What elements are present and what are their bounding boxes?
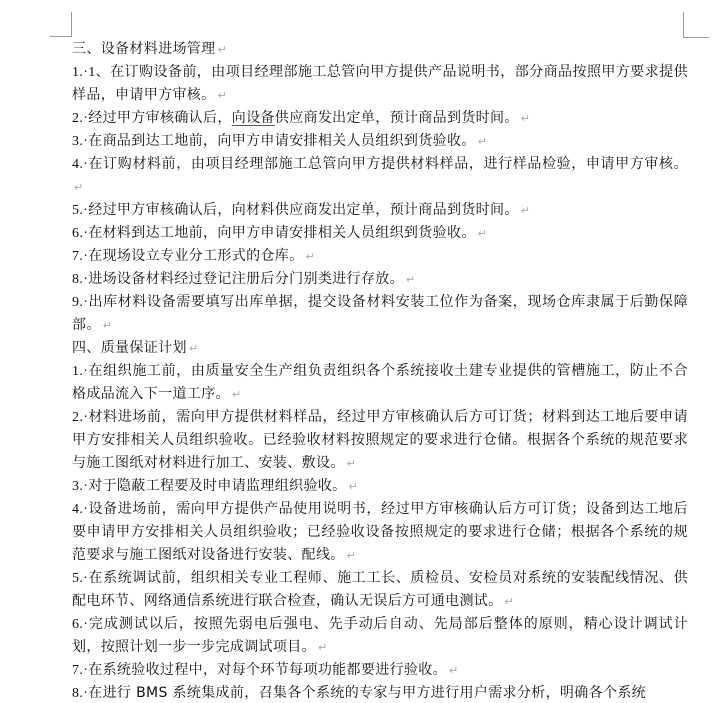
list-item: 5.·在系统调试前，组织相关专业工程师、施工工长、质检员、安检员对系统的安装配线… xyxy=(72,567,688,613)
paragraph-mark-icon: ↵ xyxy=(521,112,531,125)
item-text: 在进行 BMS 系统集成前，召集各个系统的专家与甲方进行用户需求分析，明确各个系… xyxy=(88,685,646,701)
paragraph-mark-icon: ↵ xyxy=(74,181,84,194)
paragraph-mark-icon: ↵ xyxy=(347,457,357,470)
item-text: 在组织施工前，由质量安全生产组负责组织各个系统接收土建专业提供的管槽施工，防止不… xyxy=(72,363,688,402)
paragraph-mark-icon: ↵ xyxy=(478,135,488,148)
paragraph-mark-icon: ↵ xyxy=(505,595,515,608)
item-number: 3.· xyxy=(72,134,88,149)
paragraph-mark-icon: ↵ xyxy=(406,273,416,286)
item-number: 8.· xyxy=(72,272,88,287)
item-number: 9.· xyxy=(72,295,88,310)
item-number: 2.· xyxy=(72,410,88,425)
item-number: 7.· xyxy=(72,663,88,678)
page-corner-mark-left xyxy=(50,12,72,37)
list-item: 5.·经过甲方审核确认后，向材料供应商发出定单，预计商品到货时间。↵ xyxy=(72,199,688,222)
item-text: 、在订购设备前，由项目经理部施工总管向甲方提供产品说明书，部分商品按照甲方要求提… xyxy=(72,64,688,103)
paragraph-mark-icon: ↵ xyxy=(318,641,328,654)
item-text-prefix: 经过甲方审核确认后， xyxy=(88,110,232,126)
spellcheck-underlined-text[interactable]: 向设备 xyxy=(232,110,275,126)
item-number: 5.· xyxy=(72,571,88,586)
list-item: 8.·进场设备材料经过登记注册后分门别类进行存放。↵ xyxy=(72,268,688,291)
list-item: 7.·在系统验收过程中，对每个环节每项功能都要进行验收。↵ xyxy=(72,659,688,682)
item-text: 经过甲方审核确认后，向材料供应商发出定单，预计商品到货时间。 xyxy=(88,202,519,218)
paragraph-mark-icon: ↵ xyxy=(218,89,228,102)
item-text: 在订购材料前，由项目经理部施工总管向甲方提供材料样品，进行样品检验，申请甲方审核… xyxy=(88,156,688,172)
paragraph-mark-icon: ↵ xyxy=(349,480,359,493)
page-corner-mark-right xyxy=(683,12,709,38)
paragraph-mark-icon: ↵ xyxy=(521,204,531,217)
list-item: 1.·1、在订购设备前，由项目经理部施工总管向甲方提供产品说明书，部分商品按照甲… xyxy=(72,61,688,107)
item-text: 供应商发出定单，预计商品到货时间。 xyxy=(275,110,519,126)
item-number: 1.·1 xyxy=(72,65,96,80)
document-page: 三、设备材料进场管理↵ 1.·1、在订购设备前，由项目经理部施工总管向甲方提供产… xyxy=(72,38,688,703)
item-text: 在现场设立专业分工形式的仓库。 xyxy=(88,248,303,264)
section-heading: 四、质量保证计划↵ xyxy=(72,337,688,360)
heading-text: 四、质量保证计划 xyxy=(72,340,187,356)
paragraph-mark-icon: ↵ xyxy=(347,549,357,562)
item-number: 2.· xyxy=(72,111,88,126)
item-number: 4.· xyxy=(72,502,88,517)
item-text: 对于隐蔽工程要及时申请监理组织验收。 xyxy=(88,478,346,494)
item-text: 出库材料设备需要填写出库单据，提交设备材料安装工位作为备案，现场仓库隶属于后勤保… xyxy=(72,294,688,333)
list-item: 2.·材料进场前，需向甲方提供材料样品，经过甲方审核确认后方可订货；材料到达工地… xyxy=(72,406,688,475)
item-text: 在材料到达工地前，向甲方申请安排相关人员组织到货验收。 xyxy=(88,225,475,241)
item-number: 4.· xyxy=(72,157,88,172)
item-number: 7.· xyxy=(72,249,88,264)
item-text: 完成测试以后，按照先弱电后强电、先手动后自动、先局部后整体的原则，精心设计调试计… xyxy=(72,616,688,655)
list-item: 6.·在材料到达工地前，向甲方申请安排相关人员组织到货验收。↵ xyxy=(72,222,688,245)
item-text: 进场设备材料经过登记注册后分门别类进行存放。 xyxy=(88,271,404,287)
item-text: 在系统调试前，组织相关专业工程师、施工工长、质检员、安检员对系统的安装配线情况、… xyxy=(72,570,688,609)
item-number: 8.· xyxy=(72,686,88,701)
list-item: 7.·在现场设立专业分工形式的仓库。↵ xyxy=(72,245,688,268)
section-heading: 三、设备材料进场管理↵ xyxy=(72,38,688,61)
list-item: 8.·在进行 BMS 系统集成前，召集各个系统的专家与甲方进行用户需求分析，明确… xyxy=(72,682,688,703)
list-item: 6.·完成测试以后，按照先弱电后强电、先手动后自动、先局部后整体的原则，精心设计… xyxy=(72,613,688,659)
list-item: 3.·对于隐蔽工程要及时申请监理组织验收。↵ xyxy=(72,475,688,498)
list-item: 1.·在组织施工前，由质量安全生产组负责组织各个系统接收土建专业提供的管槽施工，… xyxy=(72,360,688,406)
list-item: 9.·出库材料设备需要填写出库单据，提交设备材料安装工位作为备案，现场仓库隶属于… xyxy=(72,291,688,337)
item-text: 设备进场前，需向甲方提供产品使用说明书，经过甲方审核确认后方可订货；设备到达工地… xyxy=(72,501,688,563)
item-number: 5.· xyxy=(72,203,88,218)
paragraph-mark-icon: ↵ xyxy=(232,388,242,401)
item-text: 在系统验收过程中，对每个环节每项功能都要进行验收。 xyxy=(88,662,447,678)
list-item: 2.·经过甲方审核确认后，向设备供应商发出定单，预计商品到货时间。↵ xyxy=(72,107,688,130)
paragraph-mark-icon: ↵ xyxy=(218,43,228,56)
list-item: 3.·在商品到达工地前，向甲方申请安排相关人员组织到货验收。↵ xyxy=(72,130,688,153)
item-text: 在商品到达工地前，向甲方申请安排相关人员组织到货验收。 xyxy=(88,133,475,149)
paragraph-mark-icon: ↵ xyxy=(305,250,315,263)
list-item: 4.·设备进场前，需向甲方提供产品使用说明书，经过甲方审核确认后方可订货；设备到… xyxy=(72,498,688,567)
item-number: 6.· xyxy=(72,226,88,241)
paragraph-mark-icon: ↵ xyxy=(189,342,199,355)
paragraph-mark-icon: ↵ xyxy=(103,319,113,332)
heading-text: 三、设备材料进场管理 xyxy=(72,41,216,57)
item-text: 材料进场前，需向甲方提供材料样品，经过甲方审核确认后方可订货；材料到达工地后要申… xyxy=(72,409,688,471)
paragraph-mark-icon: ↵ xyxy=(478,227,488,240)
item-number: 3.· xyxy=(72,479,88,494)
item-number: 6.· xyxy=(72,617,88,632)
item-number: 1.· xyxy=(72,364,88,379)
list-item: 4.·在订购材料前，由项目经理部施工总管向甲方提供材料样品，进行样品检验，申请甲… xyxy=(72,153,688,199)
paragraph-mark-icon: ↵ xyxy=(449,664,459,677)
